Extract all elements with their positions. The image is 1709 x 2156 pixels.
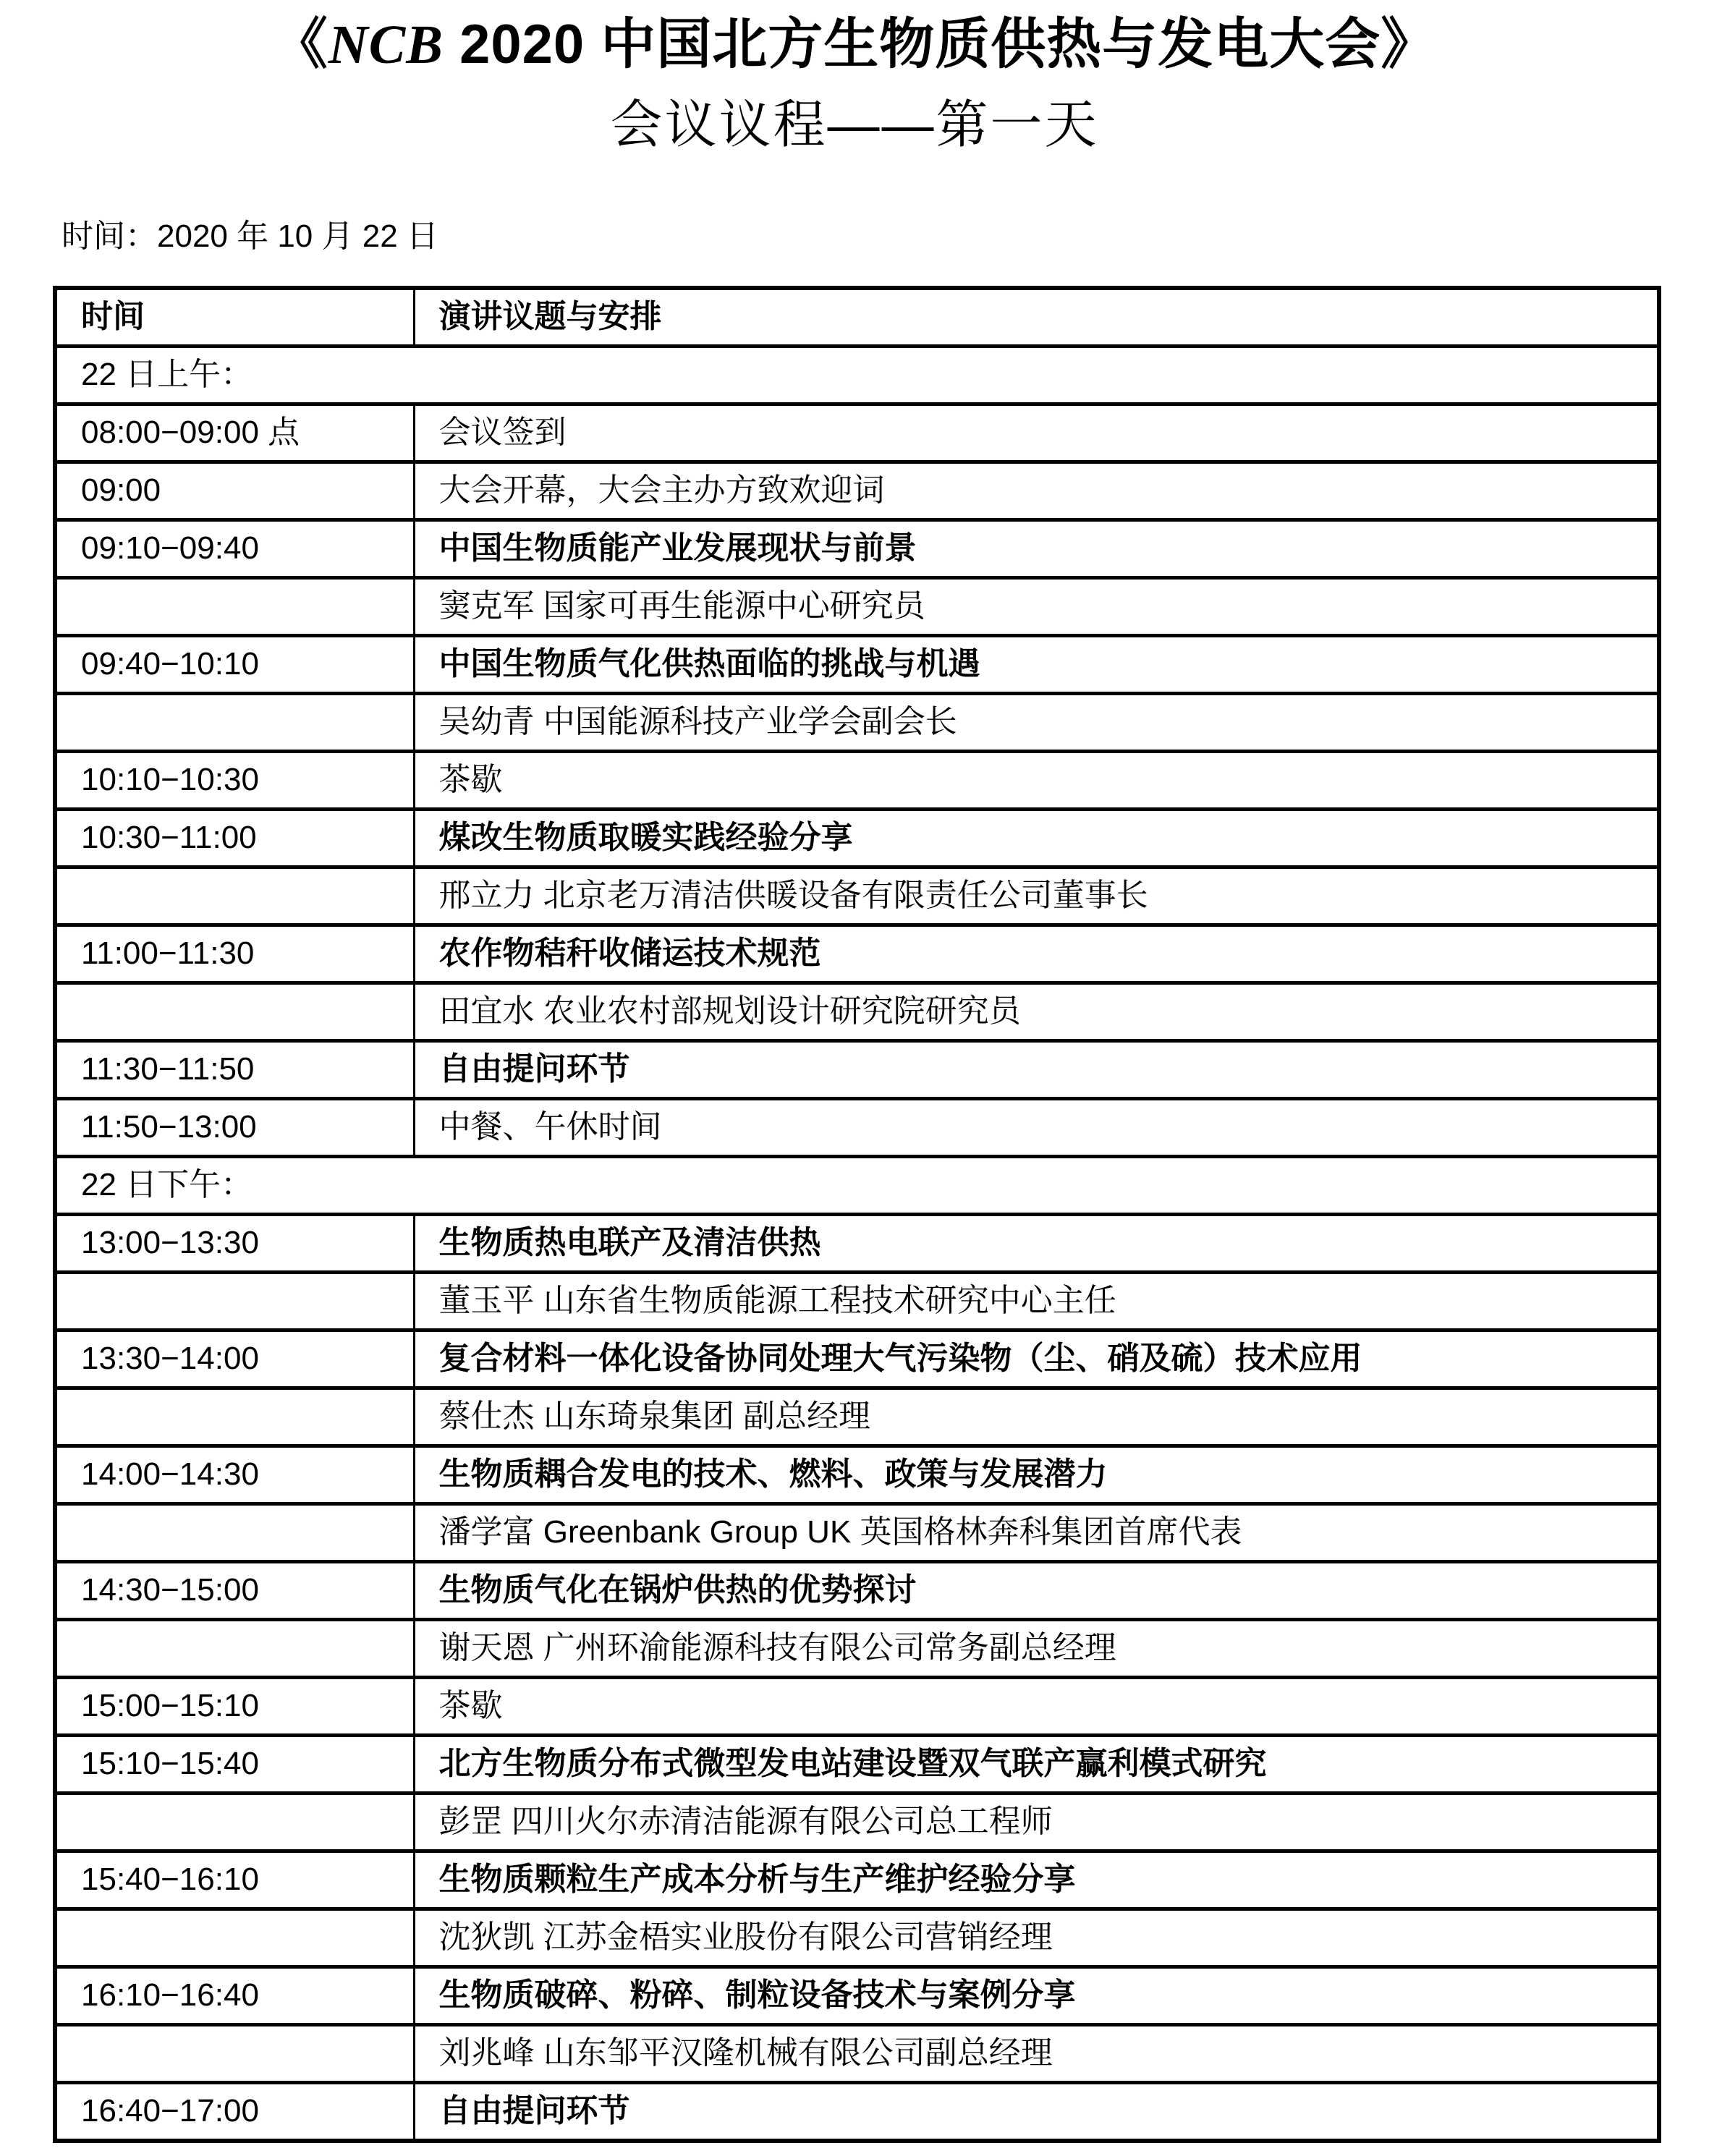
time-cell: 13:30−14:00 (55, 1330, 414, 1388)
agenda-row: 10:10−10:30茶歇 (55, 751, 1659, 809)
topic-cell: 刘兆峰 山东邹平汉隆机械有限公司副总经理 (414, 2024, 1659, 2082)
agenda-row: 15:00−15:10茶歇 (55, 1677, 1659, 1735)
time-cell: 11:00−11:30 (55, 925, 414, 982)
agenda-row: 11:00−11:30农作物秸秆收储运技术规范 (55, 925, 1659, 982)
time-cell (55, 867, 414, 925)
agenda-row: 蔡仕杰 山东琦泉集团 副总经理 (55, 1388, 1659, 1446)
time-cell (55, 1503, 414, 1561)
agenda-row: 11:30−11:50自由提问环节 (55, 1040, 1659, 1098)
time-cell (55, 1619, 414, 1677)
title-ncb-acronym: NCB (328, 14, 444, 75)
page-subtitle: 会议议程——第一天 (0, 99, 1709, 151)
section-row: 22 日下午： (55, 1156, 1659, 1214)
time-cell (55, 1793, 414, 1851)
agenda-row: 沈狄凯 江苏金梧实业股份有限公司营销经理 (55, 1909, 1659, 1966)
topic-cell: 自由提问环节 (414, 1040, 1659, 1098)
topic-cell: 生物质耦合发电的技术、燃料、政策与发展潜力 (414, 1446, 1659, 1503)
topic-cell: 煤改生物质取暖实践经验分享 (414, 809, 1659, 867)
topic-cell: 董玉平 山东省生物质能源工程技术研究中心主任 (414, 1272, 1659, 1330)
topic-cell: 田宜水 农业农村部规划设计研究院研究员 (414, 982, 1659, 1040)
agenda-row: 16:40−17:00自由提问环节 (55, 2082, 1659, 2141)
header-topic: 演讲议题与安排 (414, 288, 1659, 347)
title-rest: 2020 中国北方生物质供热与发电大会》 (444, 14, 1436, 75)
agenda-row: 09:40−10:10中国生物质气化供热面临的挑战与机遇 (55, 635, 1659, 693)
agenda-row: 彭罡 四川火尔赤清洁能源有限公司总工程师 (55, 1793, 1659, 1851)
time-cell: 15:10−15:40 (55, 1735, 414, 1793)
topic-cell: 生物质颗粒生产成本分析与生产维护经验分享 (414, 1851, 1659, 1909)
time-cell (55, 1272, 414, 1330)
agenda-row: 刘兆峰 山东邹平汉隆机械有限公司副总经理 (55, 2024, 1659, 2082)
time-cell: 10:30−11:00 (55, 809, 414, 867)
time-cell (55, 693, 414, 751)
time-cell: 15:00−15:10 (55, 1677, 414, 1735)
topic-cell: 生物质热电联产及清洁供热 (414, 1214, 1659, 1272)
agenda-row: 10:30−11:00煤改生物质取暖实践经验分享 (55, 809, 1659, 867)
agenda-row: 08:00−09:00 点会议签到 (55, 404, 1659, 462)
topic-cell: 中国生物质气化供热面临的挑战与机遇 (414, 635, 1659, 693)
topic-cell: 潘学富 Greenbank Group UK 英国格林奔科集团首席代表 (414, 1503, 1659, 1561)
topic-cell: 邢立力 北京老万清洁供暖设备有限责任公司董事长 (414, 867, 1659, 925)
section-label: 22 日上午： (55, 346, 1659, 404)
topic-cell: 北方生物质分布式微型发电站建设暨双气联产赢利模式研究 (414, 1735, 1659, 1793)
header-row: 时间 演讲议题与安排 (55, 288, 1659, 347)
title-open-bracket: 《 (273, 14, 328, 75)
topic-cell: 会议签到 (414, 404, 1659, 462)
topic-cell: 吴幼青 中国能源科技产业学会副会长 (414, 693, 1659, 751)
time-cell (55, 982, 414, 1040)
header-time: 时间 (55, 288, 414, 347)
time-cell: 14:00−14:30 (55, 1446, 414, 1503)
document-page: 《NCB 2020 中国北方生物质供热与发电大会》 会议议程——第一天 时间：2… (0, 0, 1709, 2156)
topic-cell: 中国生物质能产业发展现状与前景 (414, 519, 1659, 577)
topic-cell: 农作物秸秆收储运技术规范 (414, 925, 1659, 982)
time-cell: 15:40−16:10 (55, 1851, 414, 1909)
topic-cell: 蔡仕杰 山东琦泉集团 副总经理 (414, 1388, 1659, 1446)
date-line: 时间：2020 年 10 月 22 日 (62, 221, 1709, 252)
time-cell (55, 1909, 414, 1966)
agenda-row: 16:10−16:40生物质破碎、粉碎、制粒设备技术与案例分享 (55, 1966, 1659, 2024)
topic-cell: 生物质破碎、粉碎、制粒设备技术与案例分享 (414, 1966, 1659, 2024)
topic-cell: 沈狄凯 江苏金梧实业股份有限公司营销经理 (414, 1909, 1659, 1966)
section-row: 22 日上午： (55, 346, 1659, 404)
agenda-row: 09:00大会开幕，大会主办方致欢迎词 (55, 462, 1659, 519)
agenda-row: 潘学富 Greenbank Group UK 英国格林奔科集团首席代表 (55, 1503, 1659, 1561)
agenda-row: 13:30−14:00复合材料一体化设备协同处理大气污染物（尘、硝及硫）技术应用 (55, 1330, 1659, 1388)
agenda-body: 22 日上午：08:00−09:00 点会议签到09:00大会开幕，大会主办方致… (55, 346, 1659, 2141)
agenda-row: 11:50−13:00中餐、午休时间 (55, 1098, 1659, 1156)
topic-cell: 谢天恩 广州环渝能源科技有限公司常务副总经理 (414, 1619, 1659, 1677)
agenda-row: 窦克军 国家可再生能源中心研究员 (55, 577, 1659, 635)
topic-cell: 生物质气化在锅炉供热的优势探讨 (414, 1561, 1659, 1619)
time-cell: 14:30−15:00 (55, 1561, 414, 1619)
agenda-row: 15:40−16:10生物质颗粒生产成本分析与生产维护经验分享 (55, 1851, 1659, 1909)
time-cell: 16:40−17:00 (55, 2082, 414, 2141)
topic-cell: 窦克军 国家可再生能源中心研究员 (414, 577, 1659, 635)
time-cell (55, 2024, 414, 2082)
time-cell: 09:00 (55, 462, 414, 519)
agenda-row: 13:00−13:30生物质热电联产及清洁供热 (55, 1214, 1659, 1272)
time-cell: 13:00−13:30 (55, 1214, 414, 1272)
agenda-row: 田宜水 农业农村部规划设计研究院研究员 (55, 982, 1659, 1040)
topic-cell: 彭罡 四川火尔赤清洁能源有限公司总工程师 (414, 1793, 1659, 1851)
topic-cell: 中餐、午休时间 (414, 1098, 1659, 1156)
time-cell: 11:50−13:00 (55, 1098, 414, 1156)
agenda-row: 14:00−14:30生物质耦合发电的技术、燃料、政策与发展潜力 (55, 1446, 1659, 1503)
topic-cell: 复合材料一体化设备协同处理大气污染物（尘、硝及硫）技术应用 (414, 1330, 1659, 1388)
section-label: 22 日下午： (55, 1156, 1659, 1214)
time-cell (55, 1388, 414, 1446)
time-cell: 11:30−11:50 (55, 1040, 414, 1098)
agenda-table: 时间 演讲议题与安排 22 日上午：08:00−09:00 点会议签到09:00… (53, 286, 1661, 2143)
time-cell (55, 577, 414, 635)
time-cell: 10:10−10:30 (55, 751, 414, 809)
agenda-row: 邢立力 北京老万清洁供暖设备有限责任公司董事长 (55, 867, 1659, 925)
agenda-row: 15:10−15:40北方生物质分布式微型发电站建设暨双气联产赢利模式研究 (55, 1735, 1659, 1793)
page-title: 《NCB 2020 中国北方生物质供热与发电大会》 (0, 0, 1709, 75)
time-cell: 09:40−10:10 (55, 635, 414, 693)
agenda-row: 09:10−09:40中国生物质能产业发展现状与前景 (55, 519, 1659, 577)
agenda-row: 董玉平 山东省生物质能源工程技术研究中心主任 (55, 1272, 1659, 1330)
time-cell: 08:00−09:00 点 (55, 404, 414, 462)
topic-cell: 自由提问环节 (414, 2082, 1659, 2141)
agenda-row: 谢天恩 广州环渝能源科技有限公司常务副总经理 (55, 1619, 1659, 1677)
time-cell: 16:10−16:40 (55, 1966, 414, 2024)
topic-cell: 大会开幕，大会主办方致欢迎词 (414, 462, 1659, 519)
time-cell: 09:10−09:40 (55, 519, 414, 577)
topic-cell: 茶歇 (414, 751, 1659, 809)
agenda-row: 吴幼青 中国能源科技产业学会副会长 (55, 693, 1659, 751)
agenda-row: 14:30−15:00生物质气化在锅炉供热的优势探讨 (55, 1561, 1659, 1619)
topic-cell: 茶歇 (414, 1677, 1659, 1735)
